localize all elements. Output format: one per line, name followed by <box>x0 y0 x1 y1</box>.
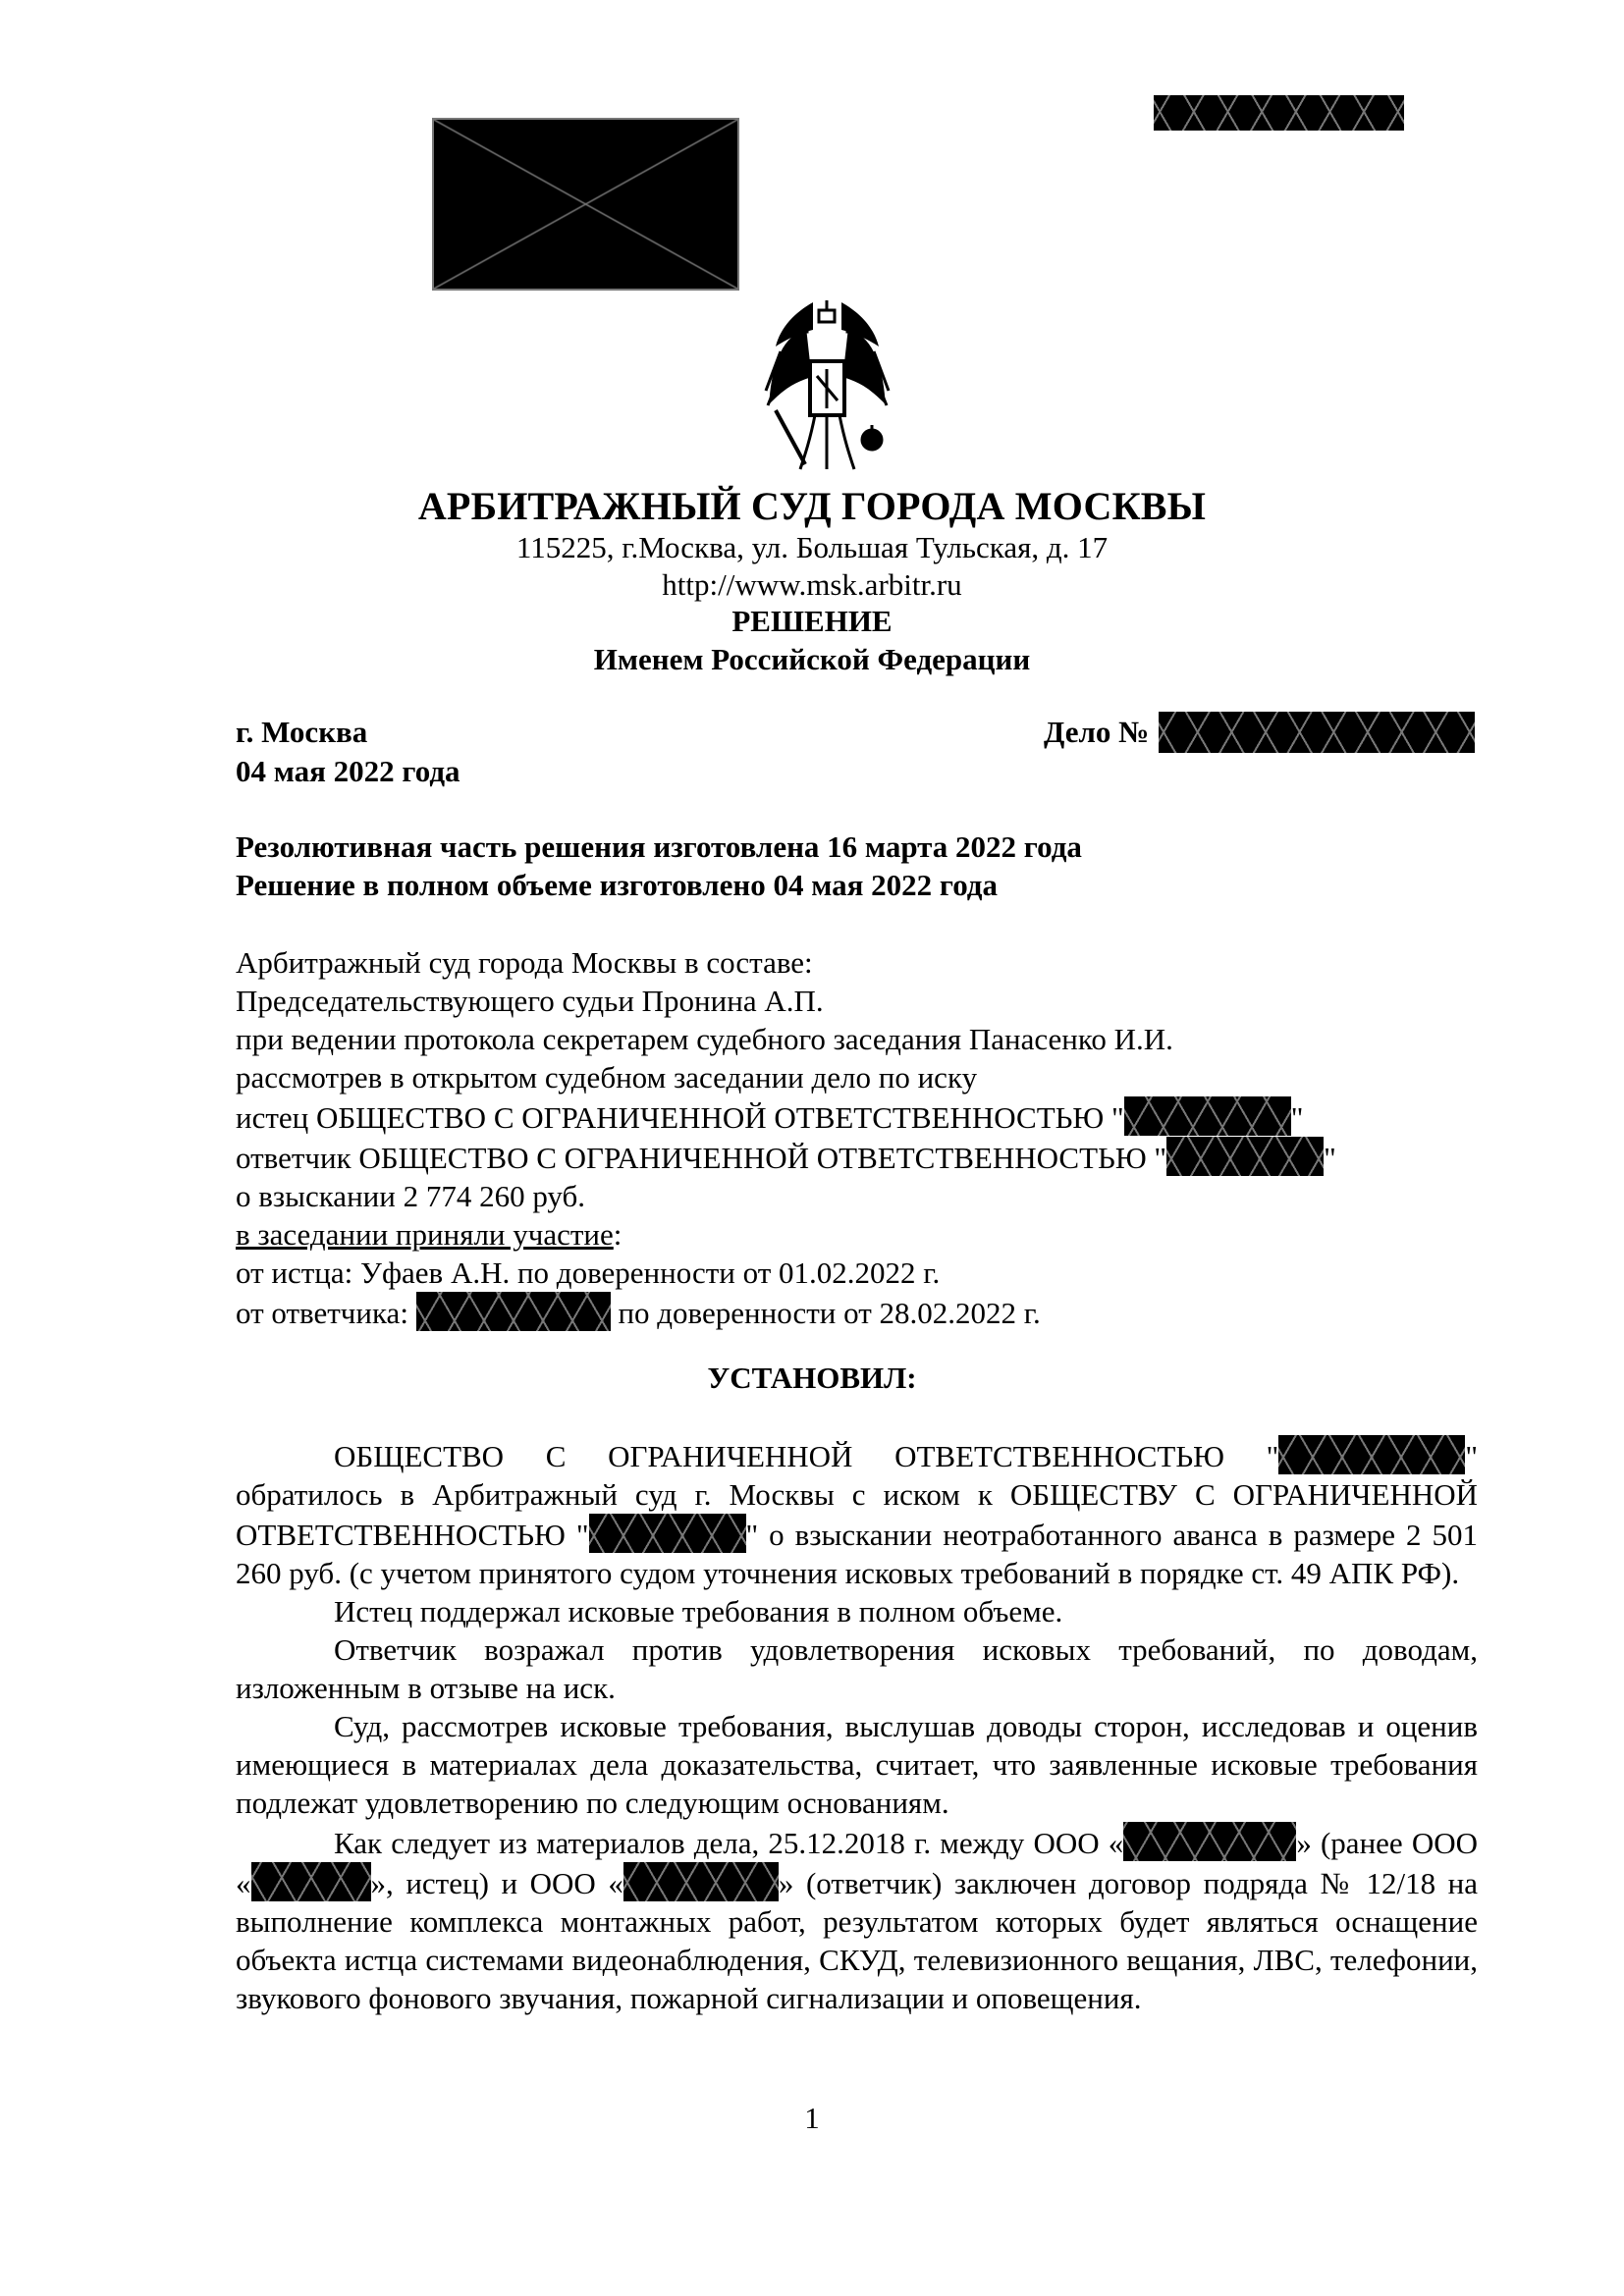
russian-coat-of-arms-icon <box>756 293 898 475</box>
court-composition: Арбитражный суд города Москвы в составе: <box>236 943 1478 982</box>
defendant-representative: от ответчика: по доверенности от 28.02.2… <box>236 1292 1478 1332</box>
plaintiff-line: истец ОБЩЕСТВО С ОГРАНИЧЕННОЙ ОТВЕТСТВЕН… <box>236 1096 1478 1137</box>
court-secretary: при ведении протокола секретарем судебно… <box>236 1020 1478 1058</box>
redacted-stamp-block <box>432 118 739 291</box>
redacted-header-number <box>1154 95 1404 131</box>
document-type-title: РЕШЕНИЕ <box>0 604 1624 639</box>
paragraph-contract: Как следует из материалов дела, 25.12.20… <box>236 1822 1478 2017</box>
paragraph-defendant-position: Ответчик возражал против удовлетворения … <box>236 1630 1478 1707</box>
redacted-case-number <box>1159 712 1475 753</box>
defendant-line: ответчик ОБЩЕСТВО С ОГРАНИЧЕННОЙ ОТВЕТСТ… <box>236 1137 1478 1177</box>
decision-date: 04 мая 2022 года <box>236 754 1478 789</box>
redacted-defendant-name-2 <box>589 1514 746 1553</box>
redacted-plaintiff-name-2 <box>1278 1435 1465 1474</box>
case-number-label: Дело № <box>1044 715 1149 750</box>
page-number: 1 <box>0 2101 1624 2136</box>
case-considered: рассмотрев в открытом судебном заседании… <box>236 1058 1478 1096</box>
redacted-company-name-1 <box>1123 1822 1296 1861</box>
paragraph-claim: ОБЩЕСТВО С ОГРАНИЧЕННОЙ ОТВЕТСТВЕННОСТЬЮ… <box>236 1435 1478 1592</box>
established-heading: УСТАНОВИЛ: <box>0 1361 1624 1396</box>
intro-block: Арбитражный суд города Москвы в составе:… <box>236 943 1478 1332</box>
court-website-link[interactable]: http://www.msk.arbitr.ru <box>0 567 1624 603</box>
plaintiff-representative: от истца: Уфаев А.Н. по доверенности от … <box>236 1254 1478 1292</box>
redacted-defendant-name <box>1166 1137 1324 1176</box>
participants-heading: в заседании приняли участие: <box>236 1215 1478 1254</box>
paragraph-court-assessment: Суд, рассмотрев исковые требования, высл… <box>236 1707 1478 1822</box>
operative-part-date: Резолютивная часть решения изготовлена 1… <box>236 829 1478 865</box>
claim-amount: о взыскании 2 774 260 руб. <box>236 1177 1478 1215</box>
paragraph-plaintiff-position: Истец поддержал исковые требования в пол… <box>236 1592 1478 1630</box>
document-page: АРБИТРАЖНЫЙ СУД ГОРОДА МОСКВЫ 115225, г.… <box>0 0 1624 2296</box>
presiding-judge: Председательствующего судьи Пронина А.П. <box>236 982 1478 1020</box>
redacted-company-name-2 <box>251 1862 371 1901</box>
court-address: 115225, г.Москва, ул. Большая Тульская, … <box>0 530 1624 565</box>
full-decision-date: Решение в полном объеме изготовлено 04 м… <box>236 868 1478 903</box>
redacted-company-name-3 <box>623 1862 779 1901</box>
redacted-defendant-representative <box>416 1292 611 1331</box>
established-body: ОБЩЕСТВО С ОГРАНИЧЕННОЙ ОТВЕТСТВЕННОСТЬЮ… <box>236 1435 1478 2017</box>
redacted-plaintiff-name <box>1124 1096 1291 1136</box>
city: г. Москва <box>236 715 367 749</box>
court-name: АРБИТРАЖНЫЙ СУД ГОРОДА МОСКВЫ <box>0 483 1624 529</box>
in-the-name-of: Именем Российской Федерации <box>0 642 1624 677</box>
